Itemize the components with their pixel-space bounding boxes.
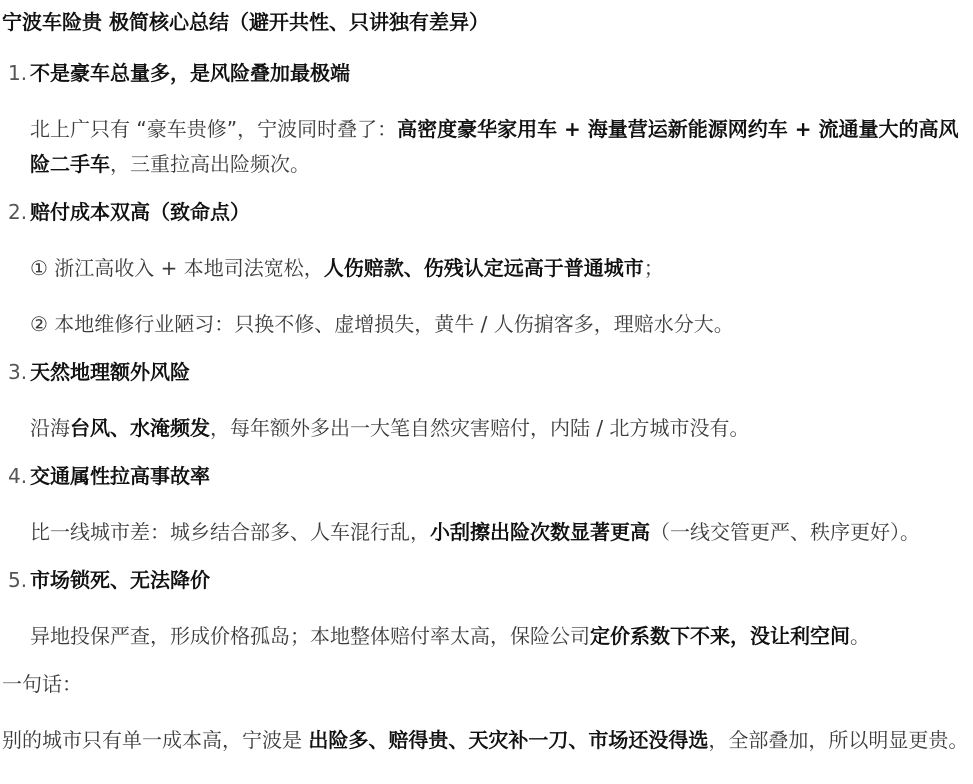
item-paragraph: ② 本地维修行业陋习：只换不修、虚增损失，黄牛 / 人伤掮客多，理赔水分大。 (30, 307, 971, 342)
plain-text: ，全部叠加，所以明显更贵。 (708, 728, 968, 752)
list-item: 1.不是豪车总量多，是风险叠加最极端北上广只有 “豪车贵修”，宁波同时叠了：高密… (2, 56, 971, 182)
list-marker: 2. (8, 195, 27, 230)
list-item: 4.交通属性拉高事故率比一线城市差：城乡结合部多、人车混行乱，小刮擦出险次数显著… (2, 459, 971, 550)
plain-text: （一线交管更严、秩序更好）。 (650, 520, 920, 544)
bold-text: 定价系数下不来，没让利空间 (590, 624, 850, 648)
bold-text: 出险多、赔得贵、天灾补一刀、市场还没得选 (308, 728, 708, 752)
list-marker: 4. (8, 459, 27, 494)
item-paragraph: ① 浙江高收入 + 本地司法宽松，人伤赔款、伤残认定远高于普通城市； (30, 251, 971, 286)
closing-section: 一句话：别的城市只有单一成本高，宁波是 出险多、赔得贵、天灾补一刀、市场还没得选… (2, 667, 971, 758)
item-heading: 天然地理额外风险 (30, 355, 971, 390)
plain-text: ，每年额外多出一大笔自然灾害赔付，内陆 / 北方城市没有。 (210, 416, 749, 440)
list-marker: 1. (8, 56, 27, 91)
bold-text: 小刮擦出险次数显著更高 (430, 520, 650, 544)
plain-text: 比一线城市差：城乡结合部多、人车混行乱， (30, 520, 430, 544)
closing-paragraph: 别的城市只有单一成本高，宁波是 出险多、赔得贵、天灾补一刀、市场还没得选，全部叠… (2, 723, 971, 758)
item-paragraph: 北上广只有 “豪车贵修”，宁波同时叠了：高密度豪华家用车 + 海量营运新能源网约… (30, 112, 971, 182)
plain-text: 沿海 (30, 416, 70, 440)
item-heading: 赔付成本双高（致命点） (30, 195, 971, 230)
item-heading: 交通属性拉高事故率 (30, 459, 971, 494)
plain-text: ① 浙江高收入 + 本地司法宽松， (30, 256, 324, 280)
list-marker: 5. (8, 563, 27, 598)
plain-text: 别的城市只有单一成本高，宁波是 (2, 728, 308, 752)
item-heading: 市场锁死、无法降价 (30, 563, 971, 598)
item-paragraph: 比一线城市差：城乡结合部多、人车混行乱，小刮擦出险次数显著更高（一线交管更严、秩… (30, 515, 971, 550)
plain-text: 。 (850, 624, 870, 648)
list-item: 2.赔付成本双高（致命点）① 浙江高收入 + 本地司法宽松，人伤赔款、伤残认定远… (2, 195, 971, 342)
list-marker: 3. (8, 355, 27, 390)
list-item: 5.市场锁死、无法降价异地投保严查，形成价格孤岛；本地整体赔付率太高，保险公司定… (2, 563, 971, 654)
bold-text: 人伤赔款、伤残认定远高于普通城市 (324, 256, 644, 280)
plain-text: ； (644, 256, 664, 280)
plain-text: 异地投保严查，形成价格孤岛；本地整体赔付率太高，保险公司 (30, 624, 590, 648)
page-title: 宁波车险贵 极简核心总结（避开共性、只讲独有差异） (2, 5, 971, 40)
item-paragraph: 沿海台风、水淹频发，每年额外多出一大笔自然灾害赔付，内陆 / 北方城市没有。 (30, 411, 971, 446)
plain-text: ，三重拉高出险频次。 (110, 152, 310, 176)
summary-list: 1.不是豪车总量多，是风险叠加最极端北上广只有 “豪车贵修”，宁波同时叠了：高密… (2, 56, 971, 654)
closing-paragraph: 一句话： (2, 667, 971, 702)
document: 宁波车险贵 极简核心总结（避开共性、只讲独有差异） 1.不是豪车总量多，是风险叠… (0, 0, 973, 758)
plain-text: 一句话： (2, 672, 82, 696)
plain-text: 北上广只有 “豪车贵修”，宁波同时叠了： (30, 117, 397, 141)
plain-text: ② 本地维修行业陋习：只换不修、虚增损失，黄牛 / 人伤掮客多，理赔水分大。 (30, 312, 734, 336)
list-item: 3.天然地理额外风险沿海台风、水淹频发，每年额外多出一大笔自然灾害赔付，内陆 /… (2, 355, 971, 446)
item-paragraph: 异地投保严查，形成价格孤岛；本地整体赔付率太高，保险公司定价系数下不来，没让利空… (30, 619, 971, 654)
bold-text: 台风、水淹频发 (70, 416, 210, 440)
item-heading: 不是豪车总量多，是风险叠加最极端 (30, 56, 971, 91)
